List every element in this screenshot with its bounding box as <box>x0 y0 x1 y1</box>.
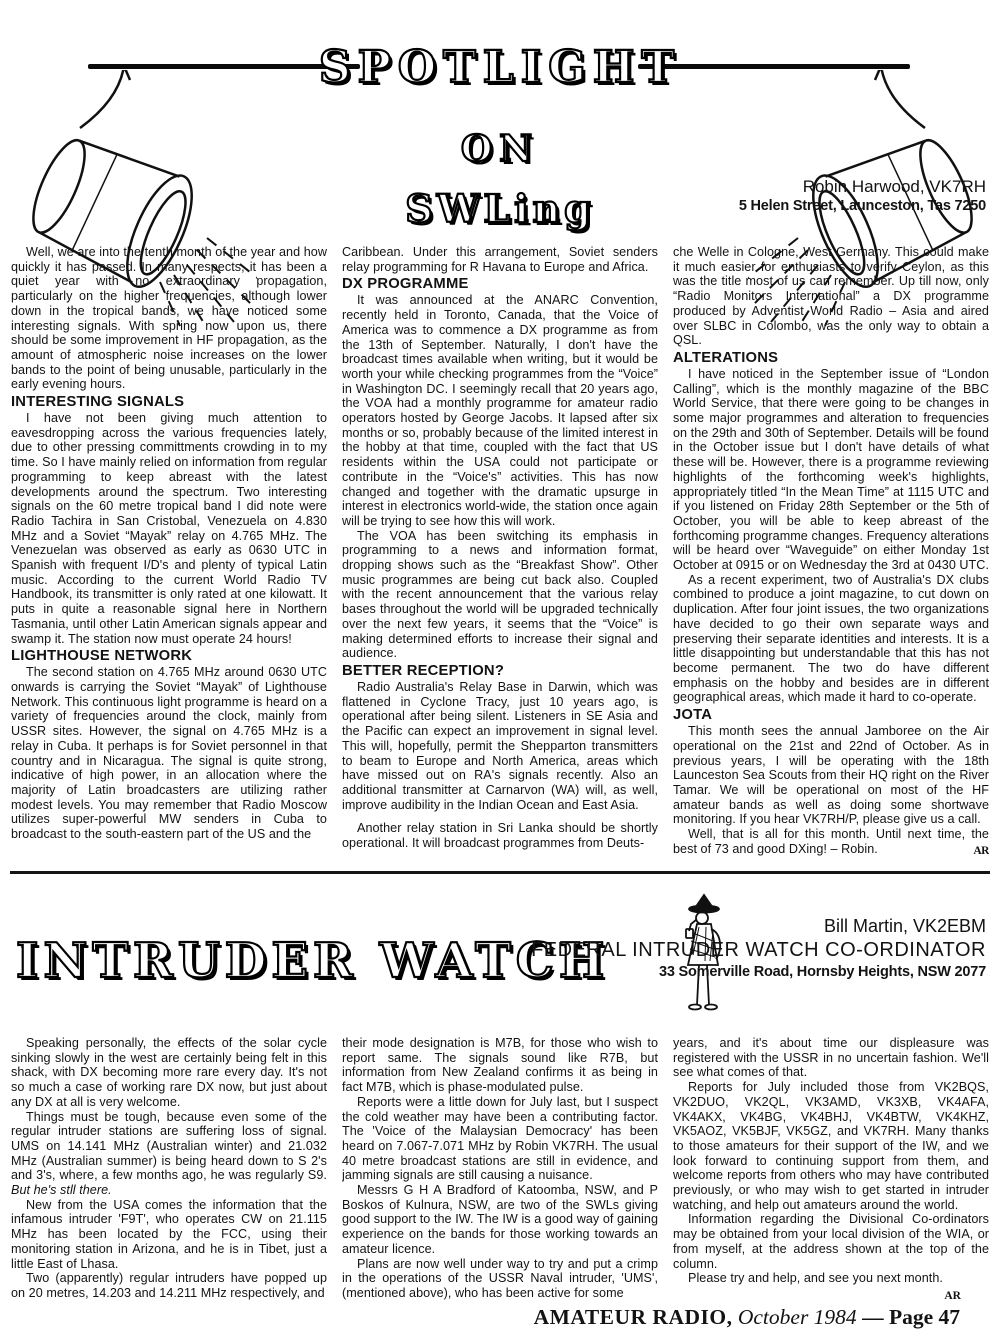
paragraph: Radio Australia's Relay Base in Darwin, … <box>342 680 658 812</box>
article-divider <box>10 871 990 874</box>
paragraph: Two (apparently) regular intruders have … <box>11 1271 327 1300</box>
section-heading: ALTERATIONS <box>673 350 989 366</box>
paragraph: As a recent experiment, two of Australia… <box>673 573 989 705</box>
page-root: { "spotlight": { "title_line1": "SPOTLIG… <box>0 0 1000 1344</box>
paragraph: Plans are now well under way to try and … <box>342 1257 658 1301</box>
paragraph: Please try and help, and see you next mo… <box>673 1271 989 1286</box>
section-heading: LIGHTHOUSE NETWORK <box>11 648 327 664</box>
paragraph: Caribbean. Under this arrangement, Sovie… <box>342 245 658 274</box>
spotlight-title-line3: SWLing <box>405 186 594 231</box>
intruder-column-3: years, and it's about time our displeasu… <box>673 1036 989 1312</box>
paragraph: Messrs G H A Bradford of Katoomba, NSW, … <box>342 1183 658 1257</box>
paragraph: Reports for July included those from VK2… <box>673 1080 989 1212</box>
spotlight-title-line2: ON <box>461 128 539 170</box>
paragraph: years, and it's about time our displeasu… <box>673 1036 989 1080</box>
paragraph: The VOA has been switching its emphasis … <box>342 529 658 661</box>
intruder-header: INTRUDER WATCH Bill Martin, VK2EBM FEDER… <box>0 885 1000 1033</box>
paragraph: their mode designation is M7B, for those… <box>342 1036 658 1095</box>
intruder-byline-name: Bill Martin, VK2EBM <box>531 915 986 938</box>
spotlight-byline-address: 5 Helen Street, Launceston, Tas 7250 <box>739 197 986 215</box>
paragraph: The second station on 4.765 MHz around 0… <box>11 665 327 841</box>
page-footer: AMATEUR RADIO, October 1984 — Page 47 <box>534 1305 960 1330</box>
paragraph: Information regarding the Divisional Co-… <box>673 1212 989 1271</box>
footer-magazine-title: AMATEUR RADIO, <box>534 1305 733 1329</box>
paragraph: Speaking personally, the effects of the … <box>11 1036 327 1110</box>
paragraph: Well, that is all for this month. Until … <box>673 827 989 856</box>
intruder-byline-address: 33 Somerville Road, Hornsby Heights, NSW… <box>531 963 986 981</box>
footer-page-number: — Page 47 <box>862 1305 960 1329</box>
section-heading: INTERESTING SIGNALS <box>11 394 327 410</box>
section-heading: BETTER RECEPTION? <box>342 663 658 679</box>
spotlight-column-1: Well, we are into the tenth month of the… <box>11 245 327 871</box>
spotlight-column-2: Caribbean. Under this arrangement, Sovie… <box>342 245 658 871</box>
spotlight-byline-name: Robin Harwood, VK7RH <box>739 176 986 197</box>
paragraph: Another relay station in Sri Lanka shoul… <box>342 821 658 850</box>
italic-phrase: But he's stll there. <box>11 1183 112 1197</box>
paragraph: New from the USA comes the information t… <box>11 1198 327 1272</box>
paragraph: It was announced at the ANARC Convention… <box>342 293 658 528</box>
intruder-byline: Bill Martin, VK2EBM FEDERAL INTRUDER WAT… <box>531 915 986 981</box>
paragraph: Well, we are into the tenth month of the… <box>11 245 327 392</box>
intruder-column-2: their mode designation is M7B, for those… <box>342 1036 658 1312</box>
paragraph: I have noticed in the September issue of… <box>673 367 989 573</box>
spotlight-title-line1: SPOTLIGHT <box>319 42 681 93</box>
paragraph: che Welle in Cologne, West Germany. This… <box>673 245 989 348</box>
intruder-byline-role: FEDERAL INTRUDER WATCH CO-ORDINATOR <box>531 938 986 963</box>
section-heading: DX PROGRAMME <box>342 276 658 292</box>
section-heading: JOTA <box>673 707 989 723</box>
paragraph: Reports were a little down for July last… <box>342 1095 658 1183</box>
spotlight-article: Well, we are into the tenth month of the… <box>0 245 1000 871</box>
spotlight-byline: Robin Harwood, VK7RH 5 Helen Street, Lau… <box>739 176 986 215</box>
paragraph: I have not been giving much attention to… <box>11 411 327 646</box>
spotlight-header: SPOTLIGHT ON SWLing Robin Harwood, VK7RH… <box>0 0 1000 245</box>
ar-end-mark: AR <box>673 1290 989 1302</box>
intruder-column-1: Speaking personally, the effects of the … <box>11 1036 327 1312</box>
spotlight-column-3: che Welle in Cologne, West Germany. This… <box>673 245 989 871</box>
footer-issue: October 1984 <box>738 1305 857 1329</box>
intruder-article: Speaking personally, the effects of the … <box>0 1036 1000 1312</box>
paragraph: Things must be tough, because even some … <box>11 1110 327 1198</box>
paragraph: This month sees the annual Jamboree on t… <box>673 724 989 827</box>
ar-end-mark: AR <box>958 844 989 859</box>
intruder-title: INTRUDER WATCH <box>16 933 609 989</box>
